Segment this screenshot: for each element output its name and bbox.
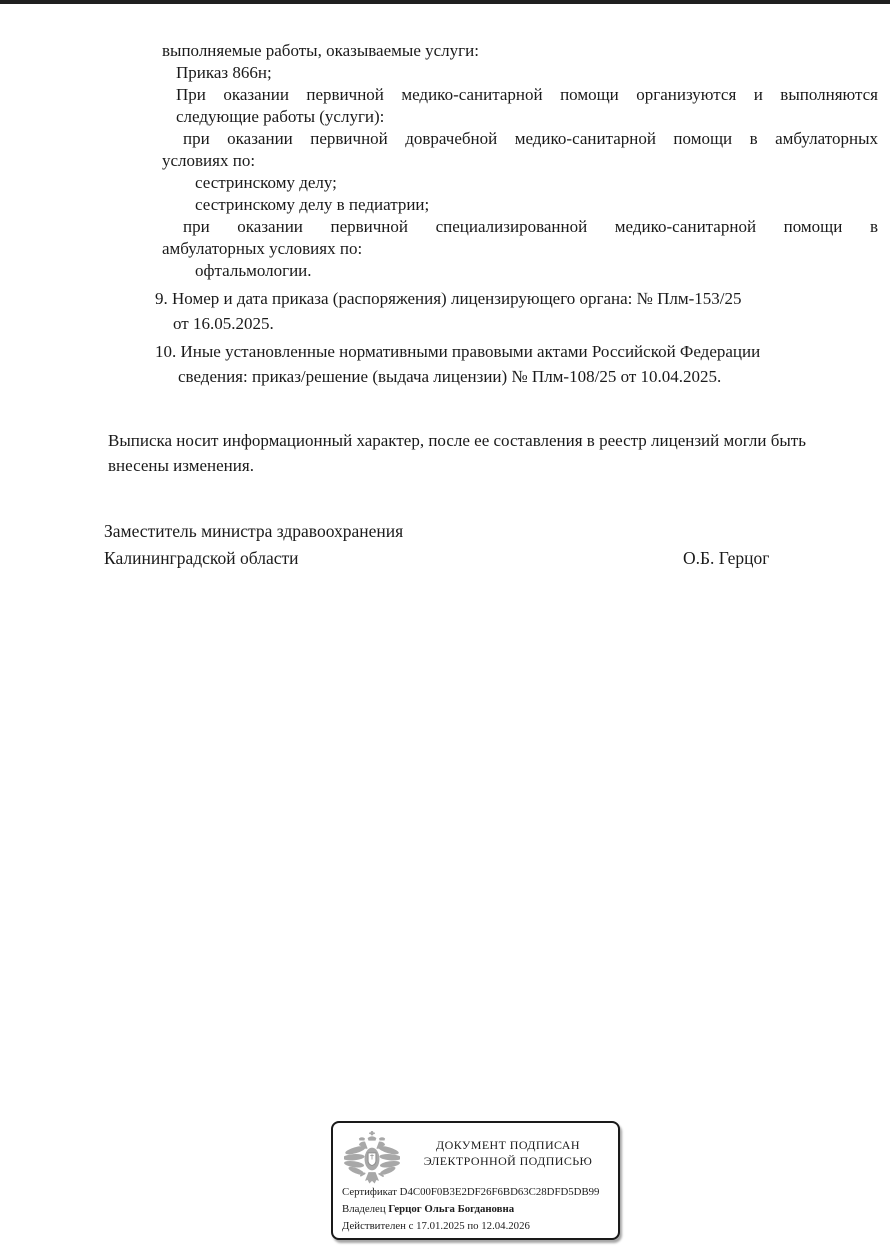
stamp-title: ДОКУМЕНТ ПОДПИСАН ЭЛЕКТРОННОЙ ПОДПИСЬЮ xyxy=(403,1138,613,1169)
license-extract-page: выполняемые работы, оказываемые услуги: … xyxy=(0,0,890,1258)
signature-block: Заместитель министра здравоохранения Кал… xyxy=(104,518,878,572)
stamp-title-line-1: ДОКУМЕНТ ПОДПИСАН xyxy=(403,1138,613,1154)
body-line: выполняемые работы, оказываемые услуги: xyxy=(162,40,878,62)
russia-coat-of-arms-icon xyxy=(344,1130,400,1188)
item-9-line-1: 9. Номер и дата приказа (распоряжения) л… xyxy=(155,286,878,311)
item-10-other-info: 10. Иные установленные нормативными прав… xyxy=(155,339,878,389)
item-10-line-2: сведения: приказ/решение (выдача лицензи… xyxy=(155,364,878,389)
signer-name: О.Б. Герцог xyxy=(683,545,769,572)
stamp-title-line-2: ЭЛЕКТРОННОЙ ПОДПИСЬЮ xyxy=(403,1154,613,1170)
body-line: сестринскому делу в педиатрии; xyxy=(162,194,878,216)
body-line: офтальмологии. xyxy=(162,260,878,282)
body-line: следующие работы (услуги): xyxy=(162,106,878,128)
body-line: При оказании первичной медико-санитарной… xyxy=(162,84,878,106)
body-line: при оказании первичной доврачебной медик… xyxy=(162,128,878,150)
license-works-section: выполняемые работы, оказываемые услуги: … xyxy=(162,40,878,282)
validity-line: Действителен с 17.01.2025 по 12.04.2026 xyxy=(342,1220,614,1232)
informational-note: Выписка носит информационный характер, п… xyxy=(108,429,870,478)
body-line: при оказании первичной специализированно… xyxy=(162,216,878,238)
item-10-line-1: 10. Иные установленные нормативными прав… xyxy=(155,339,878,364)
certificate-value: D4C00F0B3E2DF26F6BD63C28DFD5DB99 xyxy=(400,1186,600,1198)
note-line-2: внесены изменения. xyxy=(108,454,870,479)
item-9-line-2: от 16.05.2025. xyxy=(155,311,878,336)
body-line: условиях по: xyxy=(162,150,878,172)
certificate-line: Сертификат D4C00F0B3E2DF26F6BD63C28DFD5D… xyxy=(342,1186,614,1198)
signer-position-line-2: Калининградской области xyxy=(104,548,299,568)
body-line: Приказ 866н; xyxy=(162,62,878,84)
note-line-1: Выписка носит информационный характер, п… xyxy=(108,429,870,454)
owner-line: Владелец Герцог Ольга Богдановна xyxy=(342,1203,614,1215)
certificate-label: Сертификат xyxy=(342,1186,397,1198)
body-line: амбулаторных условиях по: xyxy=(162,238,878,260)
owner-name: Герцог Ольга Богдановна xyxy=(388,1203,514,1215)
body-line: сестринскому делу; xyxy=(162,172,878,194)
item-9-order-number: 9. Номер и дата приказа (распоряжения) л… xyxy=(155,286,878,336)
owner-label: Владелец xyxy=(342,1203,386,1215)
electronic-signature-stamp: ДОКУМЕНТ ПОДПИСАН ЭЛЕКТРОННОЙ ПОДПИСЬЮ С… xyxy=(331,1121,620,1240)
signer-position-line-1: Заместитель министра здравоохранения xyxy=(104,518,878,545)
page-top-border xyxy=(0,0,890,4)
